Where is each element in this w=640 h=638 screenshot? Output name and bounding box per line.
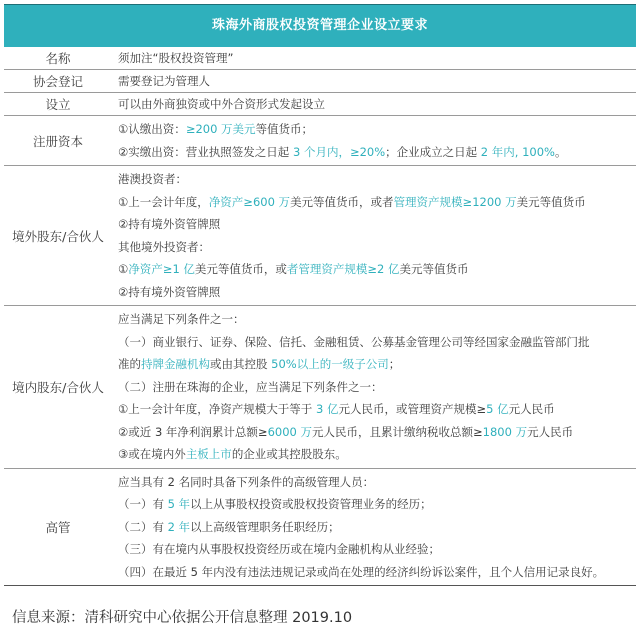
text-segment: ②持有境外资管牌照 (118, 285, 220, 299)
table-row: 境外股东/合伙人港澳投资者：①上一会计年度，净资产≥600 万美元等值货币，或者… (4, 166, 636, 306)
highlighted-text: ≥200 万美元 (186, 122, 256, 136)
text-segment: 美元等值货币，或 (195, 262, 287, 276)
content-line: 需要登记为管理人 (118, 70, 636, 92)
table-row: 境内股东/合伙人应当满足下列条件之一：（一）商业银行、证券、保险、信托、金融租赁… (4, 306, 636, 469)
highlighted-text: 者管理资产规模≥2 亿 (287, 262, 400, 276)
text-segment: 港澳投资者： (118, 172, 187, 186)
text-segment: 以上高级管理职务任职经历； (190, 520, 340, 534)
table-row: 设立可以由外商独资或中外合资形式发起设立 (4, 93, 636, 116)
text-segment: 等值货币； (256, 122, 314, 136)
table-body: 名称须加注“股权投资管理”协会登记需要登记为管理人设立可以由外商独资或中外合资形… (4, 47, 636, 586)
text-segment: 准的 (118, 357, 141, 371)
text-segment: 。 (555, 145, 567, 159)
highlighted-text: 2 年 (168, 520, 190, 534)
highlighted-text: 净资产≥600 万 (209, 195, 290, 209)
text-segment: 元人民币，或管理资产规模≥ (338, 402, 486, 416)
row-content: 港澳投资者：①上一会计年度，净资产≥600 万美元等值货币，或者管理资产规模≥1… (112, 166, 636, 305)
row-content: ①认缴出资：≥200 万美元等值货币；②实缴出资：营业执照签发之日起 3 个月内… (112, 116, 636, 165)
source-note: 信息来源：清科研究中心依据公开信息整理 2019.10 (12, 606, 352, 627)
row-label: 高管 (4, 469, 112, 586)
highlighted-text: 3 个月内，≥20% (293, 145, 385, 159)
row-content: 须加注“股权投资管理” (112, 47, 636, 69)
content-line: 须加注“股权投资管理” (118, 47, 636, 69)
text-segment: 元人民币，且累计缴纳税收总额≥ (312, 425, 483, 439)
text-segment: 其他境外投资者： (118, 240, 210, 254)
text-segment: ； (389, 357, 401, 371)
text-segment: （二）有 (118, 520, 168, 534)
text-segment: 元人民币 (527, 425, 573, 439)
text-segment: 应当满足下列条件之一： (118, 312, 245, 326)
highlighted-text: 持牌金融机构 (141, 357, 210, 371)
text-segment: ① (118, 262, 128, 276)
text-segment: （四）在最近 5 年内没有违法违规记录或尚在处理的经济纠纷诉讼案件，且个人信用记… (118, 565, 604, 579)
row-label: 注册资本 (4, 116, 112, 165)
content-line: ②或近 3 年净利润累计总额≥6000 万元人民币，且累计缴纳税收总额≥1800… (118, 421, 636, 444)
content-line: ①上一会计年度，净资产规模大于等于 3 亿元人民币，或管理资产规模≥5 亿元人民… (118, 398, 636, 421)
table-row: 注册资本①认缴出资：≥200 万美元等值货币；②实缴出资：营业执照签发之日起 3… (4, 116, 636, 166)
content-line: ②实缴出资：营业执照签发之日起 3 个月内，≥20%；企业成立之日起 2 年内,… (118, 141, 636, 164)
table-row: 名称须加注“股权投资管理” (4, 47, 636, 70)
content-line: ①认缴出资：≥200 万美元等值货币； (118, 118, 636, 141)
text-segment: 的企业或其控股股东。 (232, 447, 347, 461)
content-line: ③或在境内外主板上市的企业或其控股股东。 (118, 443, 636, 466)
text-segment: 须加注“股权投资管理” (118, 51, 233, 65)
highlighted-text: 6000 万 (268, 425, 312, 439)
highlighted-text: 5 年 (168, 497, 190, 511)
highlighted-text: 净资产≥1 亿 (128, 262, 195, 276)
row-label: 境外股东/合伙人 (4, 166, 112, 305)
highlighted-text: 3 亿 (316, 402, 338, 416)
requirements-table: 珠海外商股权投资管理企业设立要求 名称须加注“股权投资管理”协会登记需要登记为管… (4, 4, 636, 586)
content-line: （一）有 5 年以上从事股权投资或股权投资管理业务的经历； (118, 493, 636, 516)
text-segment: 元人民币 (509, 402, 555, 416)
table-row: 高管应当具有 2 名同时具备下列条件的高级管理人员：（一）有 5 年以上从事股权… (4, 469, 636, 587)
text-segment: （一）商业银行、证券、保险、信托、金融租赁、公募基金管理公司等经国家金融监管部门… (118, 335, 590, 349)
content-line: 其他境外投资者： (118, 236, 636, 259)
text-segment: ①认缴出资： (118, 122, 186, 136)
text-segment: 美元等值货币 (517, 195, 586, 209)
text-segment: ①上一会计年度，净资产规模大于等于 (118, 402, 316, 416)
row-label: 境内股东/合伙人 (4, 306, 112, 468)
content-line: 准的持牌金融机构或由其控股 50%以上的一级子公司； (118, 353, 636, 376)
content-line: ②持有境外资管牌照 (118, 213, 636, 236)
highlighted-text: 2 年内, 100% (481, 145, 555, 159)
row-content: 可以由外商独资或中外合资形式发起设立 (112, 93, 636, 115)
content-line: （四）在最近 5 年内没有违法违规记录或尚在处理的经济纠纷诉讼案件，且个人信用记… (118, 561, 636, 584)
table-row: 协会登记需要登记为管理人 (4, 70, 636, 93)
row-content: 应当满足下列条件之一：（一）商业银行、证券、保险、信托、金融租赁、公募基金管理公… (112, 306, 636, 468)
row-label: 设立 (4, 93, 112, 115)
row-label: 协会登记 (4, 70, 112, 92)
text-segment: 以上从事股权投资或股权投资管理业务的经历； (190, 497, 432, 511)
text-segment: ②实缴出资：营业执照签发之日起 (118, 145, 293, 159)
text-segment: 需要登记为管理人 (118, 74, 210, 88)
highlighted-text: 50%以上的一级子公司 (271, 357, 389, 371)
content-line: （三）有在境内从事股权投资经历或在境内金融机构从业经验； (118, 538, 636, 561)
text-segment: 应当具有 2 名同时具备下列条件的高级管理人员： (118, 475, 374, 489)
content-line: （二）有 2 年以上高级管理职务任职经历； (118, 516, 636, 539)
text-segment: （二）注册在珠海的企业，应当满足下列条件之一： (118, 380, 383, 394)
content-line: 应当满足下列条件之一： (118, 308, 636, 331)
text-segment: ③或在境内外 (118, 447, 186, 461)
text-segment: 美元等值货币，或者 (290, 195, 394, 209)
content-line: ①上一会计年度，净资产≥600 万美元等值货币，或者管理资产规模≥1200 万美… (118, 191, 636, 214)
content-line: （二）注册在珠海的企业，应当满足下列条件之一： (118, 376, 636, 399)
text-segment: ②或近 3 年净利润累计总额≥ (118, 425, 268, 439)
row-label: 名称 (4, 47, 112, 69)
content-line: 应当具有 2 名同时具备下列条件的高级管理人员： (118, 471, 636, 494)
content-line: 可以由外商独资或中外合资形式发起设立 (118, 93, 636, 115)
row-content: 需要登记为管理人 (112, 70, 636, 92)
text-segment: （一）有 (118, 497, 168, 511)
row-content: 应当具有 2 名同时具备下列条件的高级管理人员：（一）有 5 年以上从事股权投资… (112, 469, 636, 586)
text-segment: ①上一会计年度， (118, 195, 209, 209)
text-segment: ；企业成立之日起 (385, 145, 481, 159)
text-segment: ②持有境外资管牌照 (118, 217, 220, 231)
highlighted-text: 管理资产规模≥1200 万 (394, 195, 517, 209)
content-line: ②持有境外资管牌照 (118, 281, 636, 304)
table-title: 珠海外商股权投资管理企业设立要求 (4, 4, 636, 47)
content-line: （一）商业银行、证券、保险、信托、金融租赁、公募基金管理公司等经国家金融监管部门… (118, 331, 636, 354)
highlighted-text: 主板上市 (186, 447, 232, 461)
text-segment: 或由其控股 (210, 357, 271, 371)
text-segment: 美元等值货币 (400, 262, 469, 276)
content-line: ①净资产≥1 亿美元等值货币，或者管理资产规模≥2 亿美元等值货币 (118, 258, 636, 281)
highlighted-text: 5 亿 (486, 402, 508, 416)
text-segment: 可以由外商独资或中外合资形式发起设立 (118, 97, 325, 111)
content-line: 港澳投资者： (118, 168, 636, 191)
text-segment: （三）有在境内从事股权投资经历或在境内金融机构从业经验； (118, 542, 440, 556)
highlighted-text: 1800 万 (483, 425, 527, 439)
